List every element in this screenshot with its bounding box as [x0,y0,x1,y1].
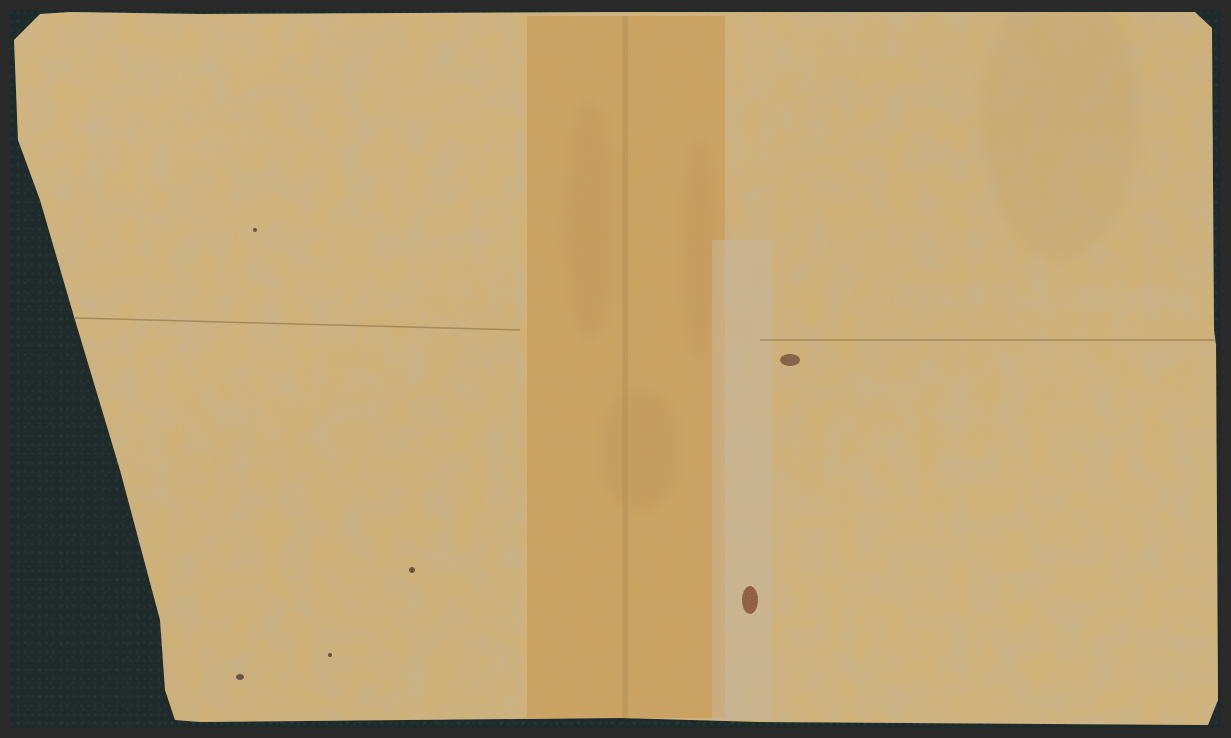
aged-paper-document [0,0,1231,738]
photo-frame [0,0,1231,738]
